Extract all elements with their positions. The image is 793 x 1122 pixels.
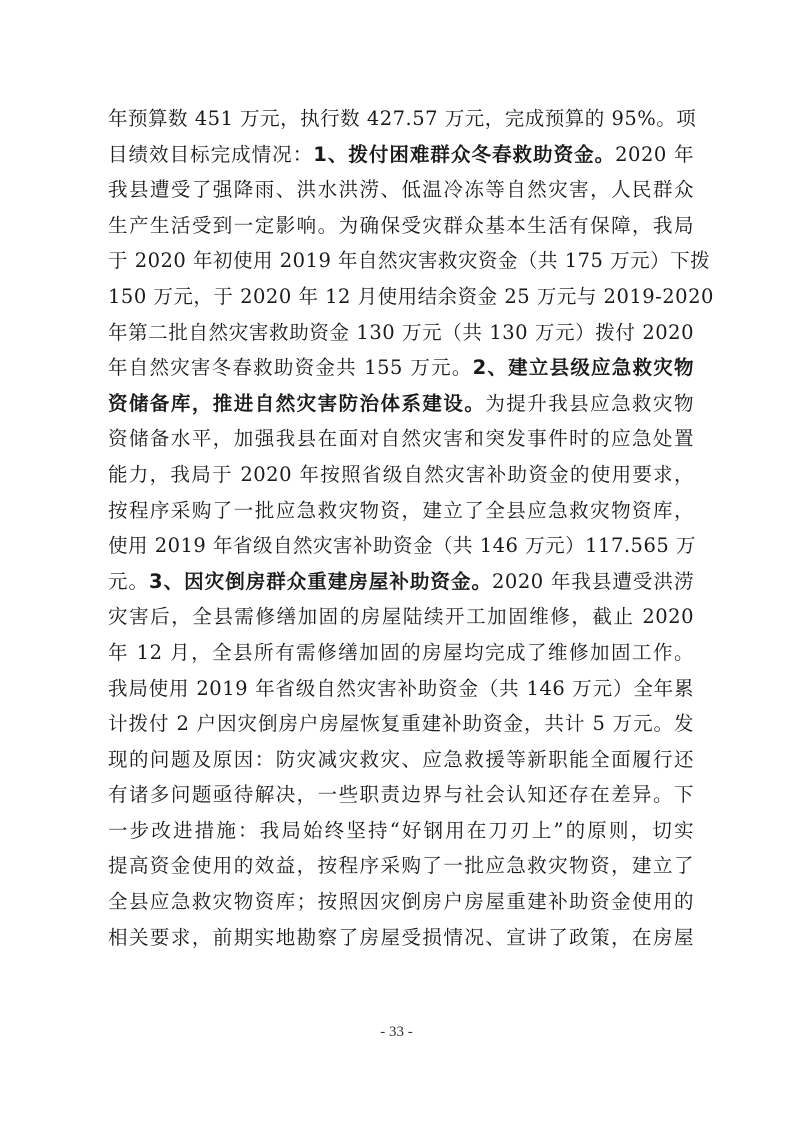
text-run: 全县应急救灾物资库；按照因灾倒房户房屋重建补助资金使用的 <box>108 890 694 913</box>
text-run: 元。 <box>108 570 149 593</box>
text-line: 150 万元，于 2020 年 12 月使用结余资金 25 万元与 2019-2… <box>108 279 694 315</box>
text-line: 资储备库，推进自然灾害防治体系建设。为提升我县应急救灾物 <box>108 386 694 422</box>
text-line: 使用 2019 年省级自然灾害补助资金（共 146 万元）117.565 万 <box>108 528 694 564</box>
text-line: 年 12 月，全县所有需修缮加固的房屋均完成了维修加固工作。 <box>108 635 694 671</box>
text-line: 我县遭受了强降雨、洪水洪涝、低温冷冻等自然灾害，人民群众 <box>108 172 694 208</box>
text-run: 一步改进措施：我局始终坚持“好钢用在刀刃上”的原则，切实 <box>108 819 694 842</box>
text-line: 于 2020 年初使用 2019 年自然灾害救灾资金（共 175 万元）下拨 <box>108 243 694 279</box>
text-line: 年预算数 451 万元，执行数 427.57 万元，完成预算的 95%。项 <box>108 101 694 137</box>
text-run: 为提升我县应急救灾物 <box>485 392 694 415</box>
text-run: 于 2020 年初使用 2019 年自然灾害救灾资金（共 175 万元）下拨 <box>108 249 710 272</box>
text-line: 提高资金使用的效益，按程序采购了一批应急救灾物资，建立了 <box>108 848 694 884</box>
document-page: 年预算数 451 万元，执行数 427.57 万元，完成预算的 95%。项目绩效… <box>0 0 793 1122</box>
bold-heading-text: 3、因灾倒房群众重建房屋补助资金。 <box>149 570 492 593</box>
text-line: 一步改进措施：我局始终坚持“好钢用在刀刃上”的原则，切实 <box>108 813 694 849</box>
text-line: 能力，我局于 2020 年按照省级自然灾害补助资金的使用要求， <box>108 457 694 493</box>
text-line: 计拨付 2 户因灾倒房户房屋恢复重建补助资金，共计 5 万元。发 <box>108 706 694 742</box>
text-run: 相关要求，前期实地勘察了房屋受损情况、宣讲了政策，在房屋 <box>108 926 694 949</box>
bold-heading-text: 2、建立县级应急救灾物 <box>473 356 694 379</box>
text-run: 有诸多问题亟待解决，一些职责边界与社会认知还存在差异。下 <box>108 783 694 806</box>
text-line: 年第二批自然灾害救助资金 130 万元（共 130 万元）拨付 2020 <box>108 315 694 351</box>
text-run: 年自然灾害冬春救助资金共 155 万元。 <box>108 356 473 379</box>
text-run: 2020 年我县遭受洪涝 <box>492 570 694 593</box>
text-line: 资储备水平，加强我县在面对自然灾害和突发事件时的应急处置 <box>108 421 694 457</box>
text-line: 有诸多问题亟待解决，一些职责边界与社会认知还存在差异。下 <box>108 777 694 813</box>
text-run: 提高资金使用的效益，按程序采购了一批应急救灾物资，建立了 <box>108 854 694 877</box>
text-run: 我局使用 2019 年省级自然灾害补助资金（共 146 万元）全年累 <box>108 677 694 700</box>
bold-heading-text: 资储备库，推进自然灾害防治体系建设。 <box>108 392 485 415</box>
text-run: 能力，我局于 2020 年按照省级自然灾害补助资金的使用要求， <box>108 463 694 486</box>
text-line: 全县应急救灾物资库；按照因灾倒房户房屋重建补助资金使用的 <box>108 884 694 920</box>
text-run: 现的问题及原因：防灾减灾救灾、应急救援等新职能全面履行还 <box>108 748 694 771</box>
text-run: 资储备水平，加强我县在面对自然灾害和突发事件时的应急处置 <box>108 427 694 450</box>
text-run: 生产生活受到一定影响。为确保受灾群众基本生活有保障，我局 <box>108 214 694 237</box>
page-number: - 33 - <box>0 1024 793 1041</box>
text-run: 年 12 月，全县所有需修缮加固的房屋均完成了维修加固工作。 <box>108 641 694 664</box>
body-paragraph: 年预算数 451 万元，执行数 427.57 万元，完成预算的 95%。项目绩效… <box>108 101 694 955</box>
text-line: 现的问题及原因：防灾减灾救灾、应急救援等新职能全面履行还 <box>108 742 694 778</box>
text-line: 生产生活受到一定影响。为确保受灾群众基本生活有保障，我局 <box>108 208 694 244</box>
text-run: 计拨付 2 户因灾倒房户房屋恢复重建补助资金，共计 5 万元。发 <box>108 712 694 735</box>
text-line: 年自然灾害冬春救助资金共 155 万元。2、建立县级应急救灾物 <box>108 350 694 386</box>
text-line: 按程序采购了一批应急救灾物资，建立了全县应急救灾物资库， <box>108 493 694 529</box>
text-line: 元。3、因灾倒房群众重建房屋补助资金。2020 年我县遭受洪涝 <box>108 564 694 600</box>
text-line: 相关要求，前期实地勘察了房屋受损情况、宣讲了政策，在房屋 <box>108 920 694 956</box>
text-line: 我局使用 2019 年省级自然灾害补助资金（共 146 万元）全年累 <box>108 671 694 707</box>
text-run: 年预算数 451 万元，执行数 427.57 万元，完成预算的 95%。项 <box>108 107 696 130</box>
text-run: 年第二批自然灾害救助资金 130 万元（共 130 万元）拨付 2020 <box>108 321 694 344</box>
text-run: 150 万元，于 2020 年 12 月使用结余资金 25 万元与 2019-2… <box>108 285 714 308</box>
text-run: 目绩效目标完成情况： <box>108 143 313 166</box>
text-line: 灾害后，全县需修缮加固的房屋陆续开工加固维修，截止 2020 <box>108 599 694 635</box>
text-run: 我县遭受了强降雨、洪水洪涝、低温冷冻等自然灾害，人民群众 <box>108 178 694 201</box>
text-run: 灾害后，全县需修缮加固的房屋陆续开工加固维修，截止 2020 <box>108 605 694 628</box>
text-run: 按程序采购了一批应急救灾物资，建立了全县应急救灾物资库， <box>108 499 694 522</box>
bold-heading-text: 1、拨付困难群众冬春救助资金。 <box>313 143 615 166</box>
text-run: 使用 2019 年省级自然灾害补助资金（共 146 万元）117.565 万 <box>108 534 696 557</box>
text-run: 2020 年 <box>615 143 694 166</box>
text-line: 目绩效目标完成情况：1、拨付困难群众冬春救助资金。2020 年 <box>108 137 694 173</box>
